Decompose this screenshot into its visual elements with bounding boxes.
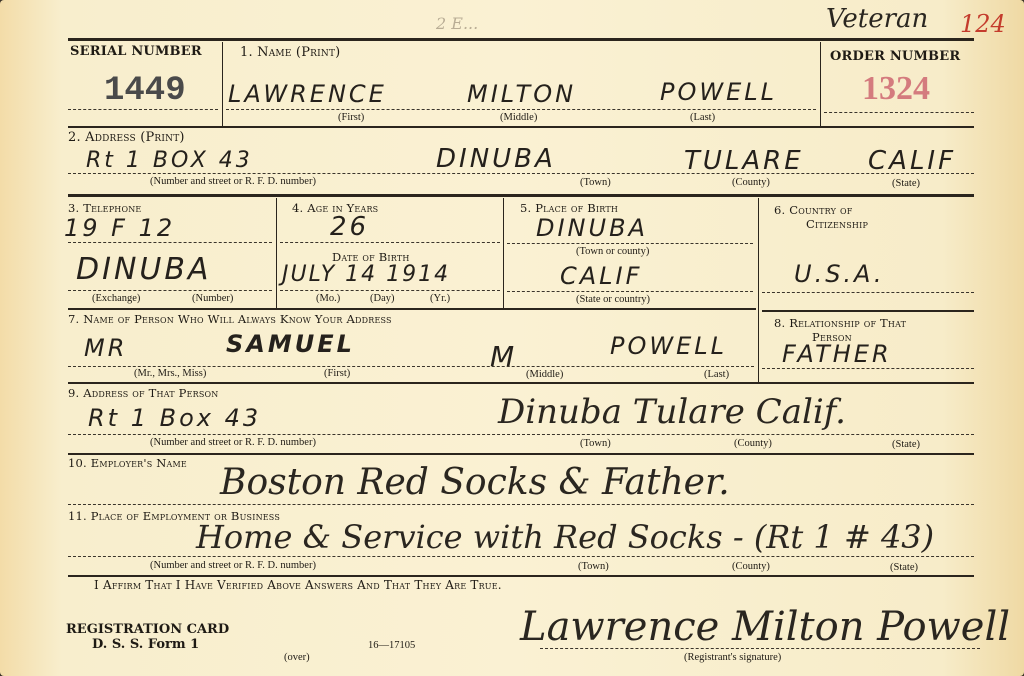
name-middle: MILTON [467, 80, 576, 108]
divider [276, 198, 277, 308]
birthplace-town: DINUBA [536, 214, 648, 242]
divider [222, 42, 223, 126]
telephone-exchange: DINUBA [76, 252, 211, 287]
birthplace-state: CALIF [560, 262, 642, 290]
sub-year: (Yr.) [430, 293, 450, 304]
address-county: TULARE [684, 146, 804, 176]
sub-month: (Mo.) [316, 293, 340, 304]
dotted-line [68, 556, 974, 557]
employment-place-value: Home & Service with Red Socks - (Rt 1 # … [196, 518, 934, 556]
divider [503, 198, 504, 308]
sub-county: (County) [732, 177, 770, 188]
contact-label: 7. Name of Person Who Will Always Know Y… [68, 312, 392, 326]
birthplace-label: 5. Place of Birth [520, 201, 618, 215]
sub-town-county: (Town or county) [576, 246, 649, 257]
dotted-line [68, 504, 974, 505]
dotted-line [68, 109, 218, 110]
address-state: CALIF [868, 146, 956, 176]
contact-last: POWELL [610, 332, 727, 360]
relationship-label: 8. Relationship of That [774, 316, 906, 330]
address-town: DINUBA [436, 144, 556, 174]
sub-state-country: (State or country) [576, 294, 650, 305]
sub-first: (First) [324, 368, 350, 379]
sub-first: (First) [338, 112, 364, 123]
contact-first: SAMUEL [226, 330, 355, 358]
rule [68, 575, 974, 577]
sub-town: (Town) [578, 561, 609, 572]
top-rule [68, 38, 974, 41]
signature-label: (Registrant's signature) [684, 652, 781, 663]
sub-county: (County) [734, 438, 772, 449]
address-label: 2. Address (Print) [68, 130, 185, 145]
sub-last: (Last) [704, 369, 729, 380]
order-number-label: ORDER NUMBER [830, 49, 960, 64]
rule [68, 382, 974, 384]
address-street: Rt 1 BOX 43 [86, 148, 253, 173]
signature-line [540, 648, 980, 649]
serial-number-value: 1449 [104, 72, 186, 110]
dotted-line [68, 434, 974, 435]
divider [820, 42, 821, 126]
rule [68, 194, 974, 197]
age-value: 26 [330, 212, 369, 242]
rule [68, 126, 974, 128]
over-note: (over) [284, 652, 310, 663]
sub-street: (Number and street or R. F. D. number) [150, 437, 316, 448]
dotted-line [68, 366, 754, 367]
affirmation-text: I Affirm That I Have Verified Above Answ… [94, 578, 502, 592]
dotted-line [280, 290, 500, 291]
sub-state: (State) [890, 562, 918, 573]
name-last: POWELL [660, 78, 777, 106]
form-title: REGISTRATION CARD [66, 622, 229, 637]
dotted-line [507, 243, 753, 244]
sub-state: (State) [892, 178, 920, 189]
sub-state: (State) [892, 439, 920, 450]
sub-number: (Number) [192, 293, 233, 304]
registration-card: 2 E... Veteran 124 SERIAL NUMBER 1. Name… [0, 0, 1024, 676]
dotted-line [226, 109, 816, 110]
dotted-line [507, 291, 753, 292]
order-number-value: 1324 [862, 70, 930, 108]
telephone-number: 19 F 12 [64, 214, 175, 242]
contact-address-street: Rt 1 Box 43 [88, 404, 261, 432]
dotted-line [68, 242, 272, 243]
faint-pencil-mark: 2 E... [436, 14, 478, 33]
dotted-line [824, 112, 974, 113]
red-annotation-number: 124 [960, 10, 1006, 38]
telephone-label: 3. Telephone [68, 201, 141, 215]
registrant-signature: Lawrence Milton Powell [520, 604, 1010, 650]
relationship-value: FATHER [782, 340, 892, 368]
sub-day: (Day) [370, 293, 395, 304]
contact-address-town-county-state: Dinuba Tulare Calif. [498, 392, 846, 432]
veteran-annotation: Veteran [826, 4, 928, 34]
dotted-line [68, 290, 272, 291]
serial-number-label: SERIAL NUMBER [70, 44, 202, 59]
dob-value: JULY 14 1914 [282, 262, 450, 287]
sub-county: (County) [732, 561, 770, 572]
sub-middle: (Middle) [500, 112, 537, 123]
rule [762, 310, 974, 312]
sub-street: (Number and street or R. F. D. number) [150, 176, 316, 187]
employer-label: 10. Employer's Name [68, 456, 187, 470]
citizenship-label: 6. Country of [774, 203, 853, 217]
sub-street: (Number and street or R. F. D. number) [150, 560, 316, 571]
citizenship-value: U.S.A. [794, 260, 885, 288]
name-label: 1. Name (Print) [240, 45, 340, 60]
print-code: 16—17105 [368, 640, 415, 651]
employer-value: Boston Red Socks & Father. [220, 462, 730, 503]
dotted-line [762, 292, 974, 293]
contact-address-label: 9. Address of That Person [68, 386, 218, 400]
rule [68, 308, 756, 310]
sub-town: (Town) [580, 177, 611, 188]
contact-title: MR [84, 334, 127, 362]
dotted-line [280, 242, 500, 243]
dotted-line [762, 368, 974, 369]
sub-title: (Mr., Mrs., Miss) [134, 368, 206, 379]
contact-middle: M [490, 340, 517, 373]
sub-last: (Last) [690, 112, 715, 123]
citizenship-label-2: Citizenship [806, 217, 868, 231]
sub-exchange: (Exchange) [92, 293, 140, 304]
sub-town: (Town) [580, 438, 611, 449]
sub-middle: (Middle) [526, 369, 563, 380]
form-id: D. S. S. Form 1 [92, 637, 199, 652]
dotted-line [68, 173, 974, 174]
name-first: LAWRENCE [228, 80, 387, 108]
rule [68, 453, 974, 455]
divider [758, 198, 759, 382]
